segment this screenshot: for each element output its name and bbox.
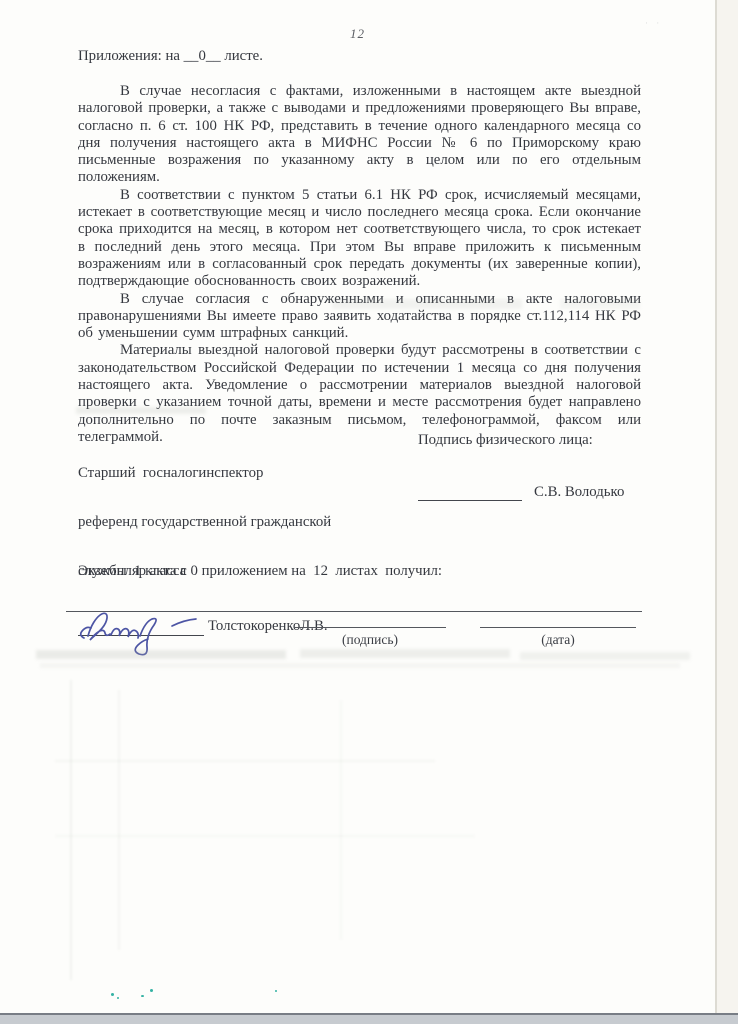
ink-speck	[275, 990, 277, 992]
signature-caption: (подпись)	[294, 632, 446, 648]
inspector-title-line-1: Старший госналогинспектор	[78, 465, 388, 481]
bleedthrough-text-row	[36, 650, 286, 659]
scanned-document-page: 12 Приложения: на __0__ листе. В случае …	[0, 0, 738, 1024]
attachments-line: Приложения: на __0__ листе.	[78, 48, 498, 65]
signature-rule	[294, 627, 446, 628]
paragraph-objections-right: В случае несогласия с фактами, изложенны…	[78, 83, 641, 187]
bleedthrough-table-line	[55, 835, 475, 837]
bleedthrough-smudge	[76, 407, 206, 414]
ink-speck	[111, 993, 114, 996]
scanner-bottom-margin	[0, 1015, 738, 1024]
bleedthrough-table-line	[70, 680, 72, 980]
bleedthrough-text-row	[40, 663, 680, 668]
inspector-signature-line	[78, 635, 204, 636]
individual-signature-label: Подпись физического лица:	[418, 432, 678, 448]
bleedthrough-table-line	[340, 700, 342, 940]
bleedthrough-table-line	[118, 690, 120, 950]
copy-receipt-line: Экземпляр акта с 0 приложением на 12 лис…	[78, 563, 638, 580]
receipt-rule	[66, 611, 642, 612]
page-number: 12	[350, 26, 390, 42]
paragraph-term-calculation: В соответствии с пунктом 5 статьи 6.1 НК…	[78, 187, 641, 291]
paragraph-materials-review: Материалы выездной налоговой проверки бу…	[78, 342, 641, 446]
ink-speck	[150, 989, 153, 992]
bleedthrough-smudge	[560, 299, 640, 309]
date-caption: (дата)	[480, 632, 636, 648]
individual-name: С.В. Володько	[534, 484, 624, 500]
body-text: В случае несогласия с фактами, изложенны…	[78, 83, 641, 446]
bleedthrough-smudge	[332, 299, 522, 309]
individual-signature-line	[418, 500, 522, 501]
scan-smudge-mark: · ·	[645, 18, 679, 28]
ink-speck	[141, 995, 144, 997]
date-rule	[480, 627, 636, 628]
scanner-right-margin	[717, 0, 738, 1016]
bleedthrough-table-line	[55, 760, 435, 762]
bleedthrough-text-row	[300, 649, 510, 658]
bleedthrough-text-row	[520, 652, 690, 660]
ink-speck	[117, 997, 119, 999]
individual-signature-row: С.В. Володько	[418, 484, 678, 508]
individual-signature-block: Подпись физического лица: С.В. Володько	[418, 432, 678, 508]
inspector-title-line-2: референд государственной гражданской	[78, 514, 388, 530]
